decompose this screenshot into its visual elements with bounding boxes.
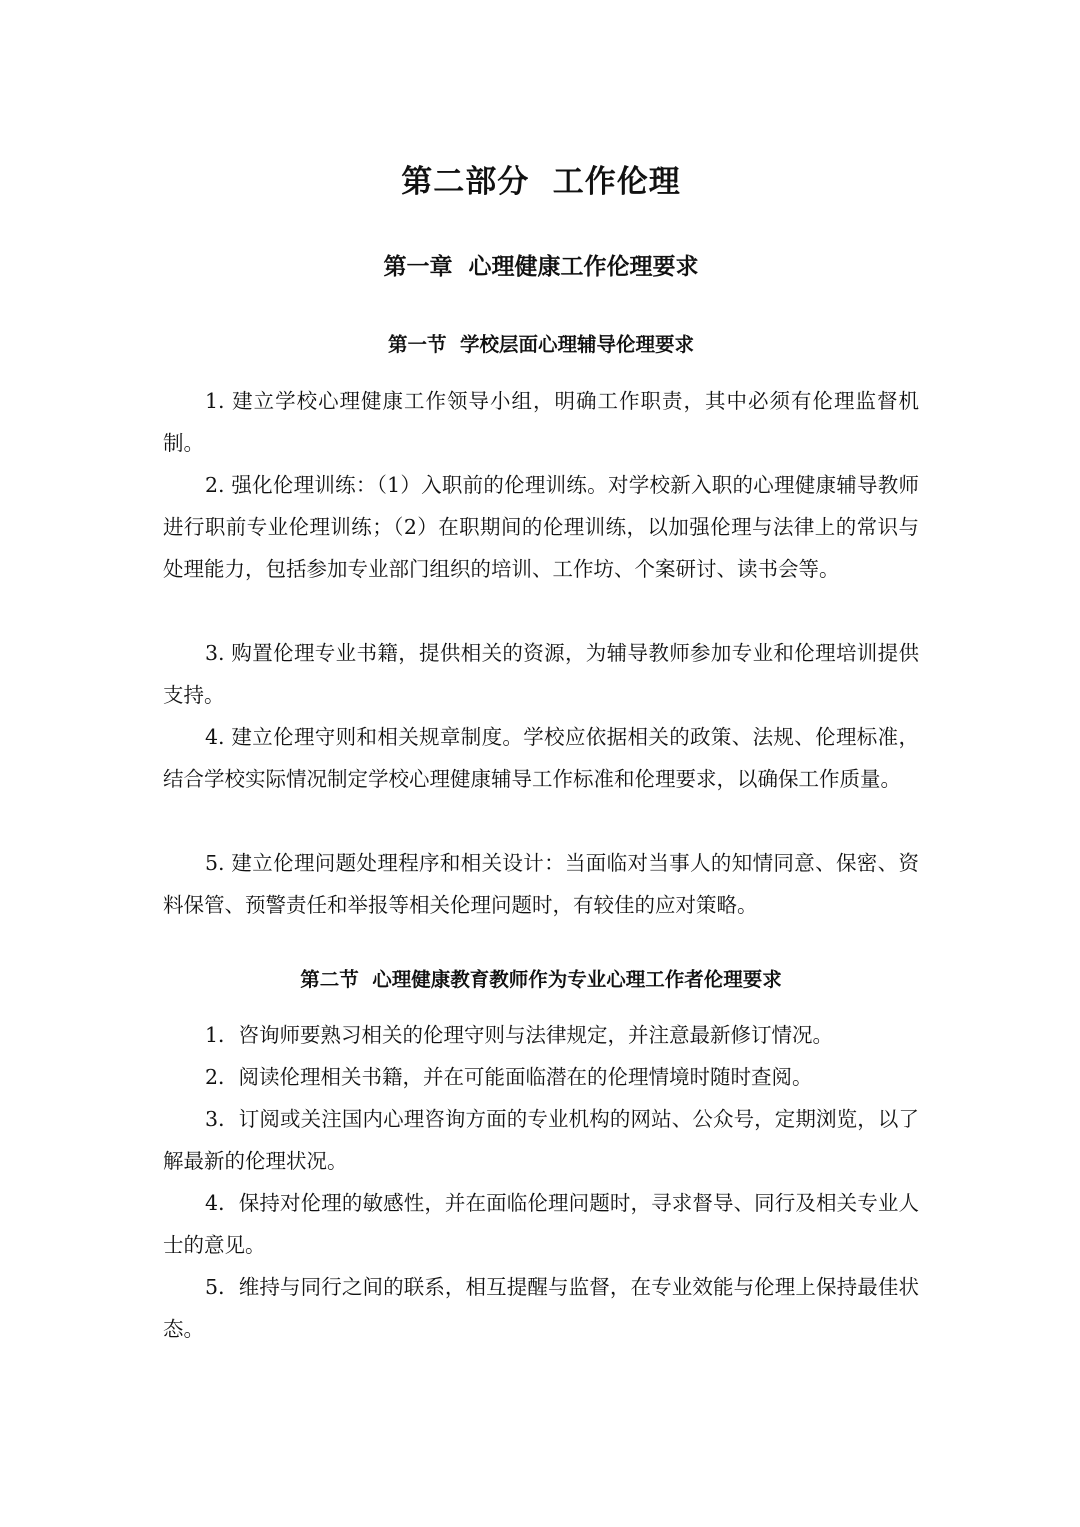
section-2-item-3: 3．订阅或关注国内心理咨询方面的专业机构的网站、公众号，定期浏览，以了解最新的伦…: [163, 1098, 919, 1182]
section-title-1: 第一节 学校层面心理辅导伦理要求: [163, 330, 919, 360]
section-1-item-5: 5. 建立伦理问题处理程序和相关设计：当面临对当事人的知情同意、保密、资料保管、…: [163, 842, 919, 926]
part-title: 第二部分 工作伦理: [163, 160, 919, 204]
section-1-item-1: 1. 建立学校心理健康工作领导小组，明确工作职责，其中必须有伦理监督机制。: [163, 380, 919, 464]
section-2-item-5: 5．维持与同行之间的联系，相互提醒与监督，在专业效能与伦理上保持最佳状态。: [163, 1266, 919, 1350]
section-2-item-2: 2．阅读伦理相关书籍，并在可能面临潜在的伦理情境时随时查阅。: [163, 1056, 919, 1098]
section-2-item-1: 1．咨询师要熟习相关的伦理守则与法律规定，并注意最新修订情况。: [163, 1014, 919, 1056]
section-2-item-4: 4．保持对伦理的敏感性，并在面临伦理问题时，寻求督导、同行及相关专业人士的意见。: [163, 1182, 919, 1266]
section-1-item-3: 3. 购置伦理专业书籍，提供相关的资源，为辅导教师参加专业和伦理培训提供支持。: [163, 632, 919, 716]
section-1-item-2: 2. 强化伦理训练：（1）入职前的伦理训练。对学校新入职的心理健康辅导教师进行职…: [163, 464, 919, 590]
section-title-2: 第二节 心理健康教育教师作为专业心理工作者伦理要求: [163, 965, 919, 995]
chapter-title: 第一章 心理健康工作伦理要求: [163, 249, 919, 285]
section-1-item-4: 4. 建立伦理守则和相关规章制度。学校应依据相关的政策、法规、伦理标准，结合学校…: [163, 716, 919, 800]
